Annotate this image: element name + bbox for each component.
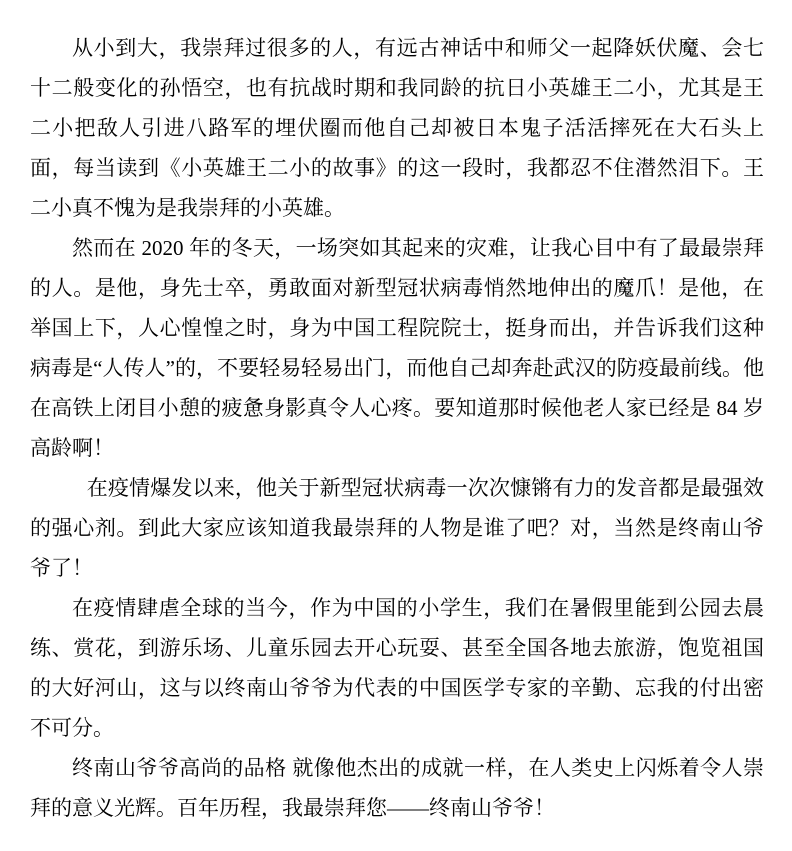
essay-paragraph-4: 在疫情肆虐全球的当今，作为中国的小学生，我们在暑假里能到公园去晨练、赏花，到游乐… (30, 588, 764, 748)
document-page: 从小到大，我崇拜过很多的人，有远古神话中和师父一起降妖伏魔、会七十二般变化的孙悟… (0, 0, 792, 851)
essay-paragraph-2: 然而在 2020 年的冬天，一场突如其起来的灾难，让我心目中有了最最崇拜的人。是… (30, 228, 764, 468)
essay-paragraph-1: 从小到大，我崇拜过很多的人，有远古神话中和师父一起降妖伏魔、会七十二般变化的孙悟… (30, 28, 764, 228)
essay-paragraph-5: 终南山爷爷高尚的品格 就像他杰出的成就一样，在人类史上闪烁着令人崇拜的意义光辉。… (30, 748, 764, 828)
essay-paragraph-3: 在疫情爆发以来，他关于新型冠状病毒一次次慷锵有力的发音都是最强效的强心剂。到此大… (30, 468, 764, 588)
